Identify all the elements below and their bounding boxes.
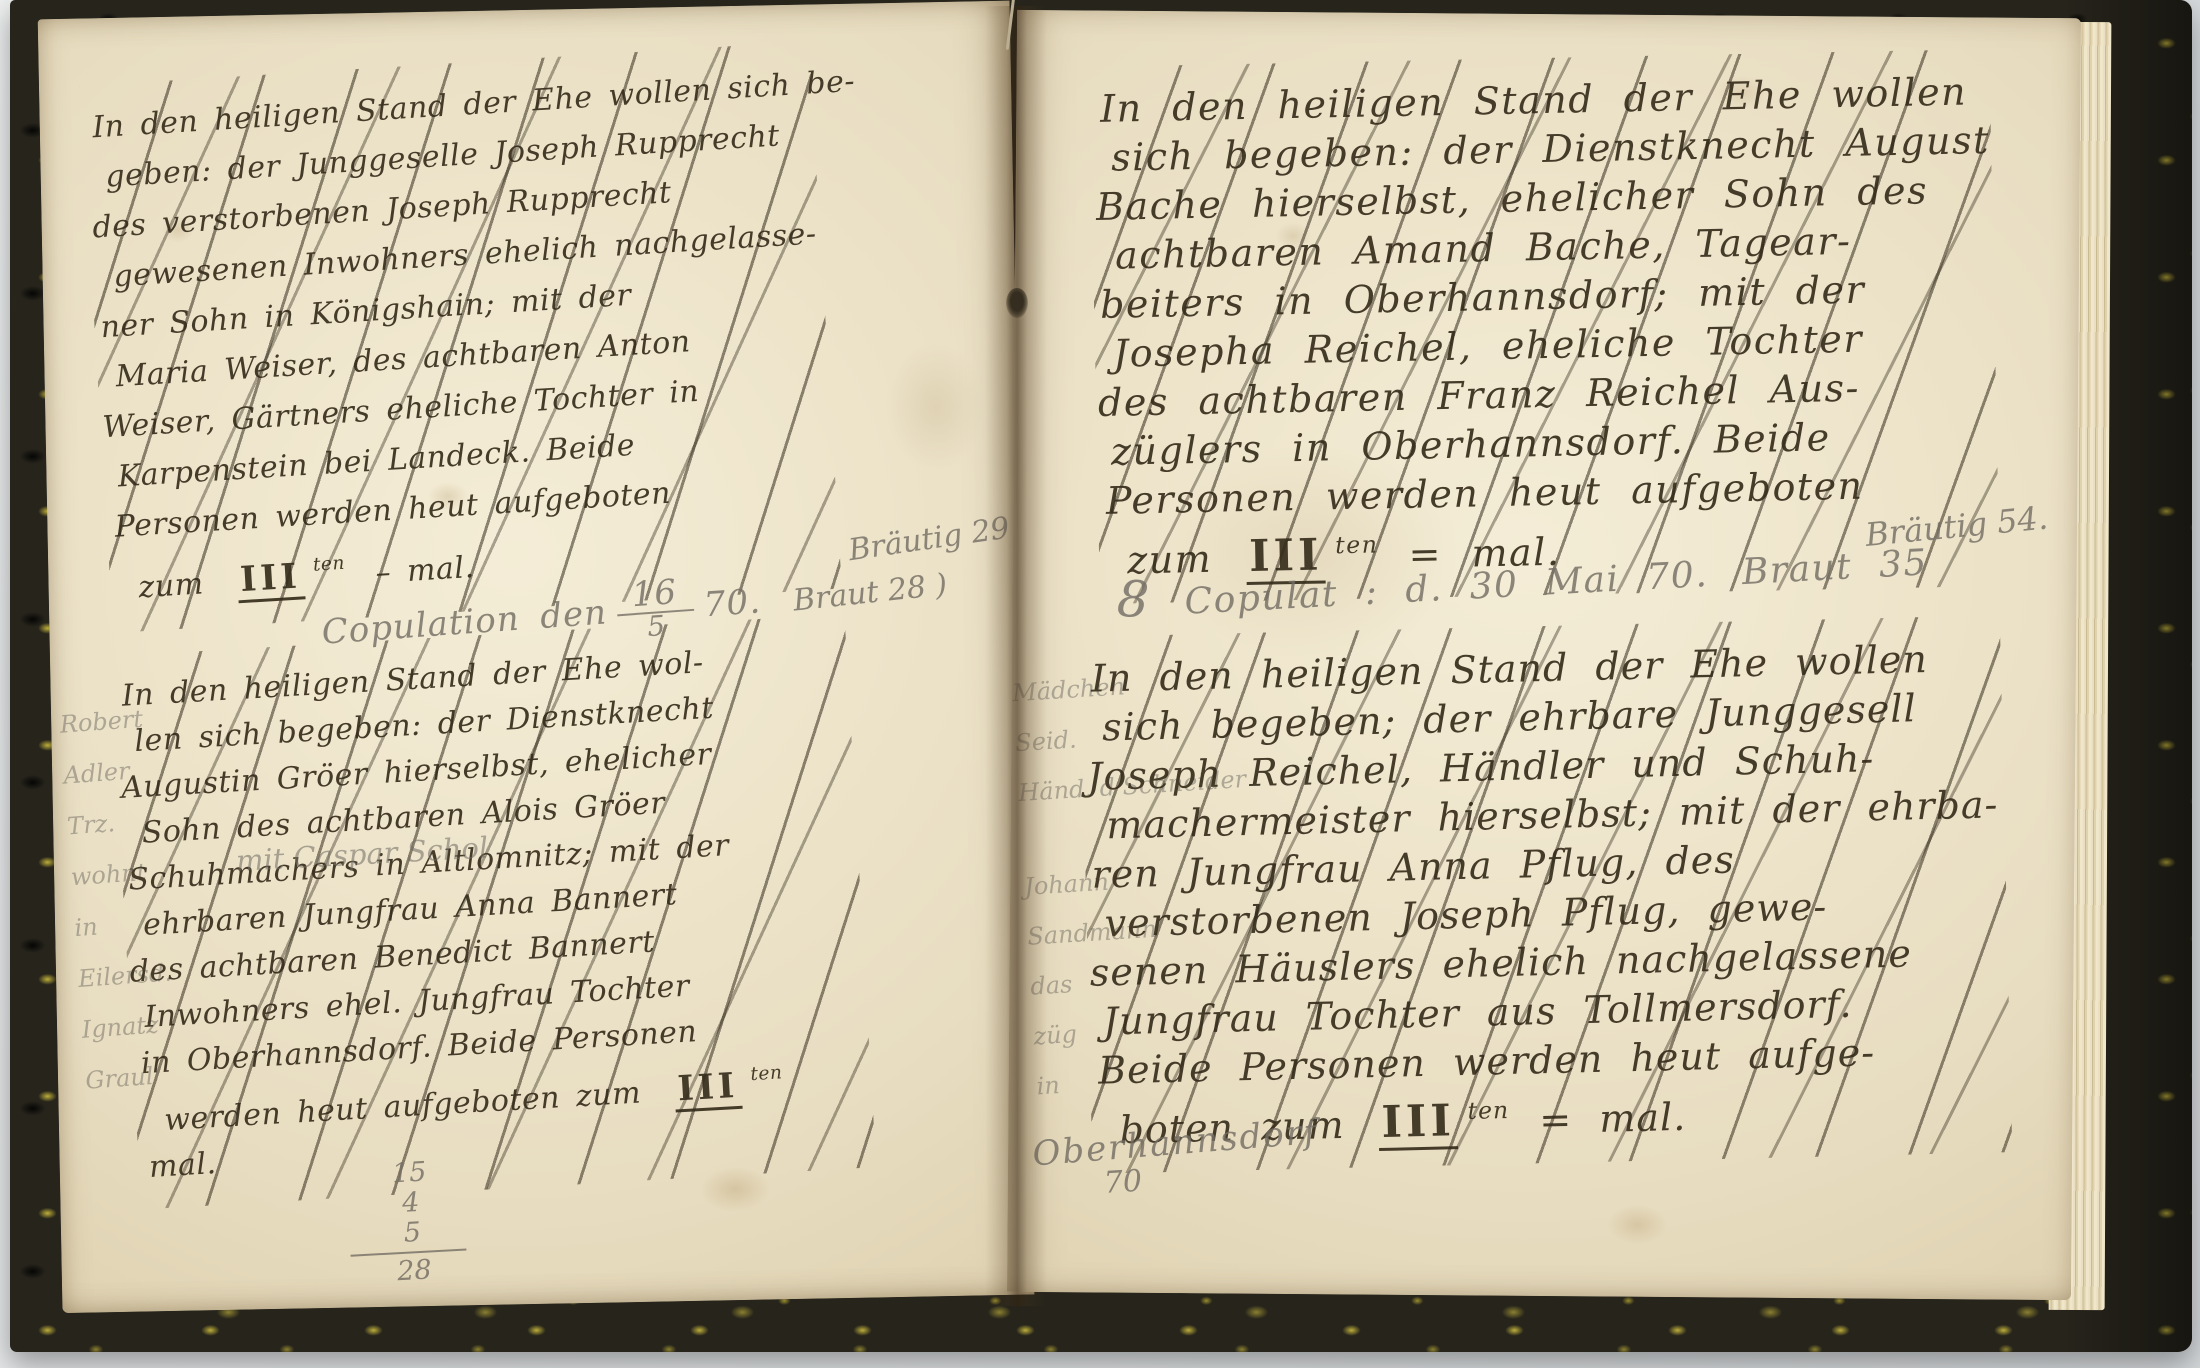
banns-entry-reichel-pflug: In den heiligen Stand der Ehe wollen sic… [1090, 633, 2002, 1155]
ordinal-superscript: ten [1335, 530, 1379, 559]
left-page: Robert Adler Trz. wohnt in Eilersd. Igna… [38, 1, 1035, 1313]
ordinal-superscript: ten [1467, 1096, 1509, 1125]
ordinal-superscript: ten [312, 553, 345, 576]
bride-age-note: Braut 28 ) [791, 567, 948, 618]
pencil-flourish-mark: 8 [1116, 574, 1152, 626]
date-fraction: 165 [615, 575, 697, 643]
date-year: 70. [702, 581, 762, 625]
date-month: 5 [617, 611, 696, 643]
banns-count-prefix: zum [138, 566, 205, 605]
ordinal-superscript: ten [750, 1062, 783, 1085]
banns-entry-bache-reichel: In den heiligen Stand der Ehe wollen sic… [1100, 67, 1990, 586]
roman-numeral-three: III [1378, 1095, 1459, 1151]
paper-stain [1607, 1205, 1667, 1245]
groom-age-note: Bräutig 29 ? [846, 507, 1037, 568]
paper-stain [700, 1165, 771, 1212]
right-page: Mädchen Seid. Händ. d Schneider Johann S… [1007, 10, 2081, 1300]
pencil-sum-column: 15 4 5 28 [353, 1155, 470, 1289]
banns-count-suffix: – mal. [375, 550, 476, 591]
bride-age-note: Braut 35 [1741, 542, 1929, 593]
banns-entry-groeer-bannert: In den heiligen Stand der Ehe wol- len s… [121, 633, 866, 1191]
village-year-note: 70 [1103, 1164, 1143, 1201]
banns-count-suffix: = mal. [1539, 1095, 1687, 1142]
banns-entry-rupprecht-weiser: In den heiligen Stand der Ehe wollen sic… [91, 60, 831, 614]
copulation-prefix: Copulation den [320, 592, 608, 652]
ink-blot [1006, 288, 1028, 318]
roman-numeral-three: III [674, 1066, 743, 1113]
sum-value: 5 [357, 1215, 468, 1251]
roman-numeral-three: III [236, 556, 305, 603]
paper-stain [884, 341, 986, 473]
sum-total: 28 [359, 1253, 470, 1289]
photo-of-open-church-register: Robert Adler Trz. wohnt in Eilersd. Igna… [0, 0, 2200, 1368]
